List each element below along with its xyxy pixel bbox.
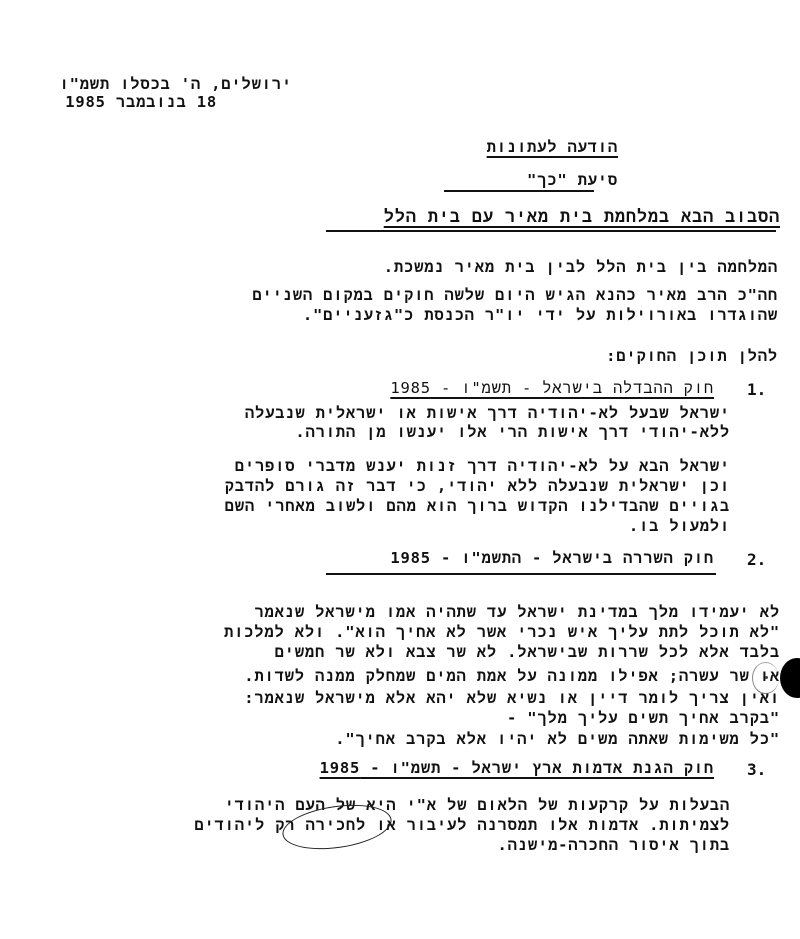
intro-para-line: חה"כ הרב מאיר כהנא הגיש היום שלשה חוקים … xyxy=(252,285,778,305)
law-text-line: ישראל שבעל לא-יהודיה דרך אישות או ישראלי… xyxy=(245,403,730,423)
law-title: חוק ההבדלה בישראל - תשמ"ו - 1985 xyxy=(390,378,714,398)
law-text-line: בלבד אלא לכל שררות שבישראל. לא שר צבא ול… xyxy=(275,642,780,662)
law-text-line: בגויים שהבדילנו הקדוש ברוך הוא מהם ולשוב… xyxy=(225,496,730,516)
law-title: חוק הגנת אדמות ארץ ישראל - תשמ"ו - 1985 xyxy=(320,758,714,778)
place-date-hebrew: ירושלים, ה' בכסלו תשמ"ו xyxy=(59,74,292,94)
intro-line: המלחמה בין בית הלל לבין בית מאיר נמשכת. xyxy=(384,257,778,277)
intro-para-line: שהוגדרו באורוילות על ידי יו"ר הכנסת כ"גז… xyxy=(303,305,778,325)
punch-hole-dot xyxy=(765,676,768,679)
law-text-line: או שר עשרה; אפילו ממונה על אמת המים שמחל… xyxy=(244,666,780,686)
law-number: 2. xyxy=(747,550,766,569)
law-text-line: ללא-יהודי דרך אישות הרי אלו יענשו מן התו… xyxy=(295,422,730,442)
law-text-line: לצמיתות. אדמות אלו תמסרנה לעיבור או לחכי… xyxy=(194,815,730,835)
law-title-underline xyxy=(326,573,716,575)
law-text-line: הבעלות על קרקעות של הלאום של א"י היא של … xyxy=(225,795,730,815)
law-number: 1. xyxy=(747,380,766,399)
law-text-line: "בקרב אחיך תשים עליך מלך" - xyxy=(507,708,780,728)
laws-heading: להלן תוכן החוקים: xyxy=(606,346,778,366)
law-title: חוק השררה בישראל - התשמ"ו - 1985 xyxy=(390,548,714,568)
punch-hole xyxy=(780,658,800,698)
law-text-line: "כל משימות שאתה משים לא יהיו אלא בקרב אח… xyxy=(335,729,780,749)
law-text-line: ואין צריך לומר דיין או נשיא שלא יהא אלא … xyxy=(244,688,780,708)
faction-title: סיעת "כך" xyxy=(527,170,618,190)
law-text-line: "לא תוכל לתת עליך איש נכרי אשר לא אחיך ה… xyxy=(224,622,780,642)
subject-title-underline xyxy=(326,230,776,232)
law-text-line: ולמעול בו. xyxy=(629,516,730,536)
date-gregorian: 18 בנובמבר 1985 xyxy=(65,92,217,112)
press-release-title: הודעה לעתונות xyxy=(487,137,618,157)
subject-title: הסבוב הבא במלחמת בית מאיר עם בית הלל xyxy=(384,207,780,227)
law-text-line: בתוך איסור החכרה-מישנה. xyxy=(498,835,730,855)
faction-title-underline xyxy=(444,190,594,192)
law-text-line: לא יעמידו מלך במדינת ישראל עד שתהיה אמו … xyxy=(254,602,780,622)
law-text-line: ישראל הבא על לא-יהודיה דרך זנות יענש מדב… xyxy=(235,456,730,476)
law-number: 3. xyxy=(747,760,766,779)
law-text-line: וכן ישראלית שנבעלה ללא יהודי, כי דבר זה … xyxy=(225,476,730,496)
